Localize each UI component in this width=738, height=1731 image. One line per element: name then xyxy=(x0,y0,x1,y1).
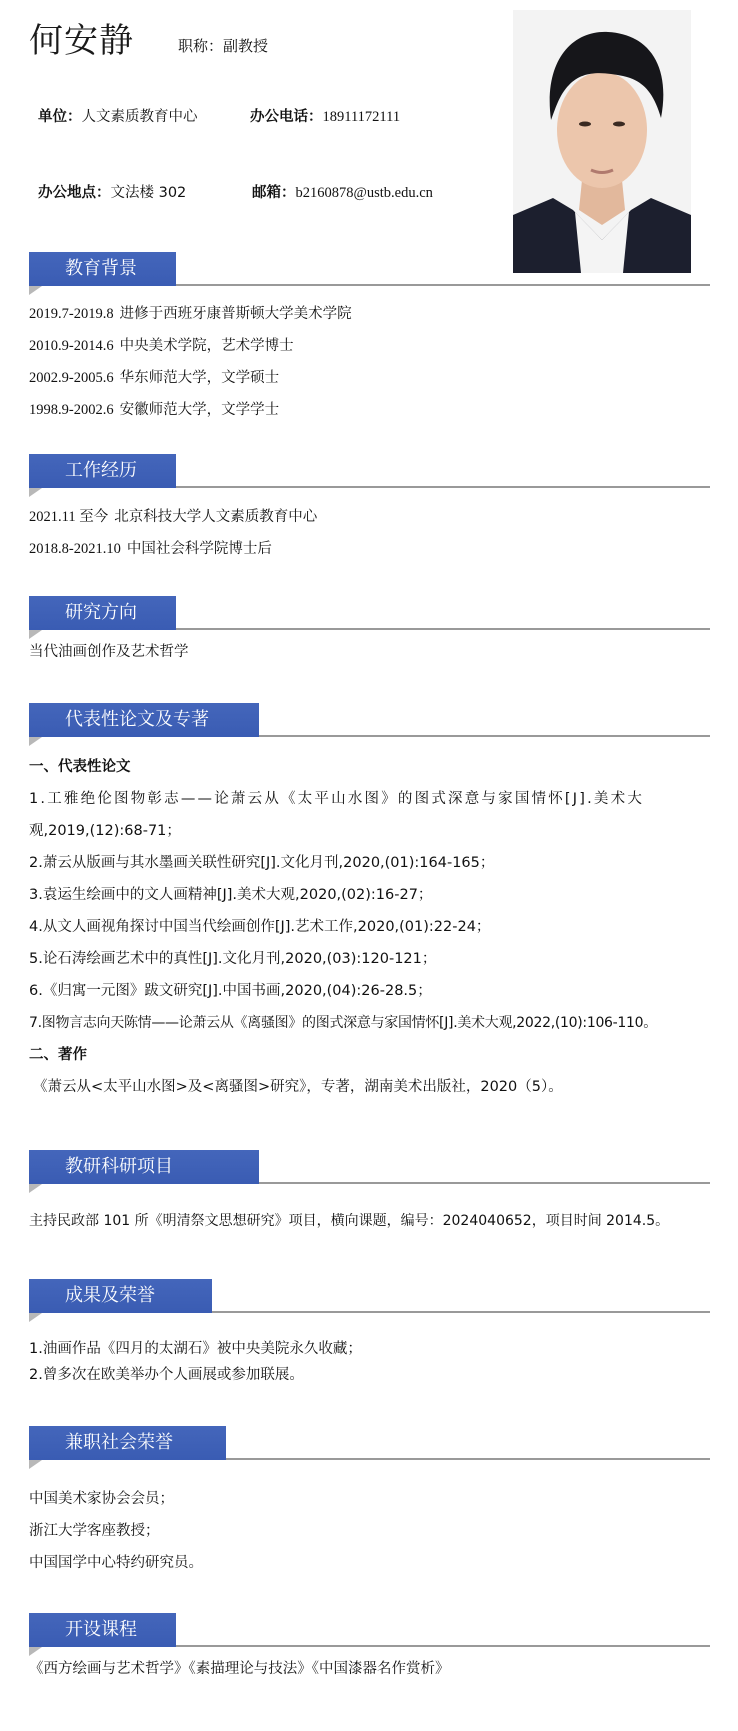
portrait-photo xyxy=(513,10,691,273)
section-title: 研究方向 xyxy=(29,596,176,630)
paper-item: 观,2019,(12):68-71； xyxy=(29,821,181,841)
section-header-publications: 代表性论文及专著 xyxy=(29,703,710,737)
books-heading: 二、著作 xyxy=(29,1045,87,1065)
fold-decoration xyxy=(29,1313,42,1322)
phone-field: 办公电话：18911172111 xyxy=(250,107,400,127)
fold-decoration xyxy=(29,1647,42,1656)
location-field: 办公地点：文法楼 302 xyxy=(38,183,186,203)
section-title: 开设课程 xyxy=(29,1613,176,1647)
paper-item: 3.袁运生绘画中的文人画精神[J].美术大观,2020,(02):16-27； xyxy=(29,885,432,905)
unit-field: 单位：人文素质教育中心 xyxy=(38,107,198,127)
paper-item: 6.《归寓一元图》跋文研究[J].中国书画,2020,(04):26-28.5； xyxy=(29,981,432,1001)
section-divider xyxy=(208,1311,710,1313)
location-value: 文法楼 302 xyxy=(111,185,187,201)
work-item: 2018.8-2021.10中国社会科学院博士后 xyxy=(29,539,272,559)
paper-item: 4.从文人画视角探讨中国当代绘画创作[J].艺术工作,2020,(01):22-… xyxy=(29,917,490,937)
job-title-label: 职称： xyxy=(178,37,223,55)
job-title: 职称：副教授 xyxy=(178,36,268,56)
profile-name: 何安静 xyxy=(29,20,134,62)
section-divider xyxy=(170,1645,710,1647)
section-header-courses: 开设课程 xyxy=(29,1613,710,1647)
section-header-achievements: 成果及荣誉 xyxy=(29,1279,710,1313)
achievement-item: 1.油画作品《四月的太湖石》被中央美院永久收藏； xyxy=(29,1339,362,1359)
project-text: 主持民政部 101 所《明清祭文思想研究》项目，横向课题，编号：20240406… xyxy=(29,1211,669,1231)
papers-heading: 一、代表性论文 xyxy=(29,757,131,777)
paper-item: 2.萧云从版画与其水墨画关联性研究[J].文化月刊,2020,(01):164-… xyxy=(29,853,494,873)
education-item: 1998.9-2002.6安徽师范大学，文学学士 xyxy=(29,400,279,420)
section-header-honors: 兼职社会荣誉 xyxy=(29,1426,710,1460)
unit-value: 人文素质教育中心 xyxy=(82,109,198,125)
honor-item: 中国美术家协会会员； xyxy=(29,1489,174,1509)
education-item: 2019.7-2019.8进修于西班牙康普斯顿大学美术学院 xyxy=(29,304,352,324)
paper-item: 7.图物言志向天陈情——论萧云从《离骚图》的图式深意与家国情怀[J].美术大观,… xyxy=(29,1013,657,1033)
portrait-image-icon xyxy=(513,10,691,273)
location-label: 办公地点： xyxy=(38,185,111,201)
research-text: 当代油画创作及艺术哲学 xyxy=(29,642,189,662)
fold-decoration xyxy=(29,630,42,639)
job-title-value: 副教授 xyxy=(223,37,268,55)
phone-value: 18911172111 xyxy=(323,109,401,125)
fold-decoration xyxy=(29,1184,42,1193)
phone-label: 办公电话： xyxy=(250,109,323,125)
section-divider xyxy=(170,486,710,488)
fold-decoration xyxy=(29,488,42,497)
work-item: 2021.11 至今北京科技大学人文素质教育中心 xyxy=(29,507,317,527)
achievement-item: 2.曾多次在欧美举办个人画展或参加联展。 xyxy=(29,1365,304,1385)
section-header-research: 研究方向 xyxy=(29,596,710,630)
section-divider xyxy=(170,628,710,630)
section-header-work: 工作经历 xyxy=(29,454,710,488)
paper-item: 5.论石涛绘画艺术中的真性[J].文化月刊,2020,(03):120-121； xyxy=(29,949,436,969)
email-value: b2160878@ustb.edu.cn xyxy=(296,185,433,201)
courses-text: 《西方绘画与艺术哲学》《素描理论与技法》《中国漆器名作赏析》 xyxy=(29,1659,450,1679)
education-item: 2002.9-2005.6华东师范大学，文学硕士 xyxy=(29,368,279,388)
honor-item: 中国国学中心特约研究员。 xyxy=(29,1553,203,1573)
fold-decoration xyxy=(29,737,42,746)
section-title: 代表性论文及专著 xyxy=(29,703,259,737)
section-divider xyxy=(170,284,710,286)
section-title: 成果及荣誉 xyxy=(29,1279,212,1313)
section-divider xyxy=(253,735,710,737)
section-divider xyxy=(253,1182,710,1184)
section-header-projects: 教研科研项目 xyxy=(29,1150,710,1184)
fold-decoration xyxy=(29,286,42,295)
section-divider xyxy=(226,1458,710,1460)
email-label: 邮箱： xyxy=(252,185,296,201)
education-item: 2010.9-2014.6中央美术学院，艺术学博士 xyxy=(29,336,294,356)
honor-item: 浙江大学客座教授； xyxy=(29,1521,160,1541)
paper-item: 1.工雅绝伦图物彰志——论萧云从《太平山水图》的图式深意与家国情怀[J].美术大 xyxy=(29,789,644,809)
section-title: 教研科研项目 xyxy=(29,1150,259,1184)
section-header-education: 教育背景 xyxy=(29,252,710,286)
fold-decoration xyxy=(29,1460,42,1469)
section-title: 教育背景 xyxy=(29,252,176,286)
unit-label: 单位： xyxy=(38,109,82,125)
book-item: 《萧云从<太平山水图>及<离骚图>研究》，专著，湖南美术出版社，2020（5）。 xyxy=(33,1077,563,1097)
section-title: 工作经历 xyxy=(29,454,176,488)
email-field: 邮箱：b2160878@ustb.edu.cn xyxy=(252,183,433,203)
section-title: 兼职社会荣誉 xyxy=(29,1426,226,1460)
